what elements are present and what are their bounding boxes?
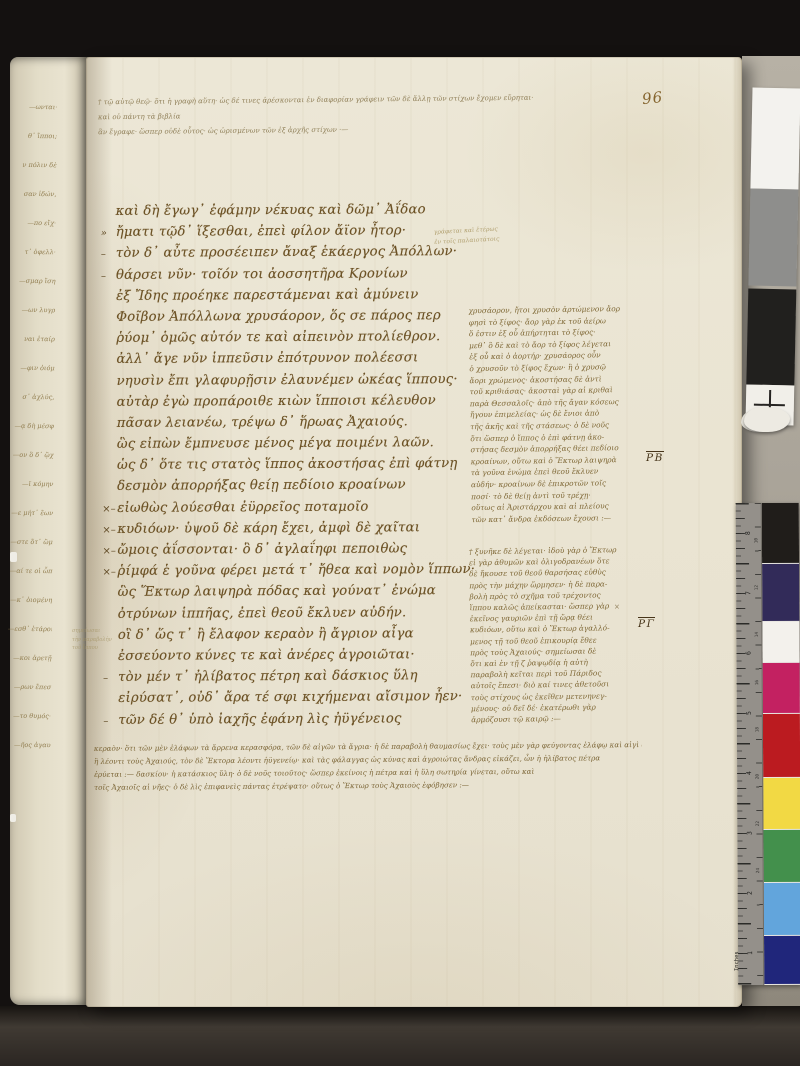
- verse-line: αὐτὰρ ἐγὼ προπάροιθε κιὼν ἵπποισι κέλευθ…: [102, 393, 462, 416]
- verse-line: δεσμὸν ἀπορρήξας θείῃ πεδίοιο κροαίνων: [102, 477, 462, 500]
- facing-line-fragment: —ε μήτ᾽ ἔων: [9, 499, 53, 528]
- verse-text: ἤματι τῷδ᾽ ἵξεσθαι, ἐπεὶ φίλον ἄϊον ἦτορ…: [116, 224, 406, 241]
- ruler-number: 5: [719, 707, 779, 719]
- grayscale-calibration-target: [745, 88, 800, 426]
- ruler-cm-number: 20: [735, 772, 782, 780]
- ruler-number: 3: [719, 827, 779, 839]
- facing-line-fragment: —ων λυγρ: [11, 296, 55, 325]
- verse-line: ὡς δ᾽ ὅτε τις στατὸς ἵππος ἀκοστήσας ἐπὶ…: [102, 456, 462, 479]
- facing-line-fragment: —ᾳ δὴ μέσφ: [10, 412, 54, 441]
- ruler: 87654321 1012141618202224 Inches: [736, 503, 765, 985]
- bottom-scholia-block: κεραὸν· ὅτι τῶν μὲν ἐλάφων τὰ ἄρρενα κερ…: [94, 738, 642, 794]
- verse-text: ἐσσεύοντο κύνες τε καὶ ἀνέρες ἀγροιῶται·: [118, 647, 415, 664]
- verse-line: ἐσσεύοντο κύνες τε καὶ ἀνέρες ἀγροιῶται·: [103, 647, 463, 670]
- verse-text: ἀλλ᾽ ἄγε νῦν ἱππεῦσιν ἐπότρυνον πολέεσσι: [116, 351, 418, 368]
- ruler-cm-number: 12: [734, 584, 781, 592]
- verse-line: Φοῖβον Ἀπόλλωνα χρυσάορον, ὅς σε πάρος π…: [101, 308, 461, 331]
- top-note-line: ἂν ἔγραφε· ὥσπερ οὐδὲ οὗτος· ὡς ὡρισμένω…: [98, 121, 536, 141]
- folio-number: 96: [641, 88, 664, 108]
- color-patch-darkblue: [764, 936, 800, 984]
- verse-text: κυδιόων· ὑψοῦ δὲ κάρη ἔχει, ἀμφὶ δὲ χαῖτ…: [117, 520, 420, 537]
- verse-text: νηυσὶν ἔπι γλαφυρῇσιν ἐλαυνέμεν ὠκέας ἵπ…: [117, 372, 458, 389]
- verse-text: ἐξ Ἴδης προέηκε παρεστάμεναι καὶ ἀμύνειν: [116, 287, 418, 304]
- verse-text: καὶ δὴ ἔγωγ᾽ ἐφάμην νέκυας καὶ δῶμ᾽ Ἀΐδα…: [116, 202, 426, 219]
- critical-sign: ×–: [103, 567, 118, 578]
- facing-line-fragment: —το θυμός·: [7, 702, 51, 731]
- verse-line: εἰρύσατ᾽, οὐδ᾽ ἄρα τέ σφι κιχήμεναι αἴσι…: [103, 689, 463, 712]
- critical-sign: –: [101, 270, 116, 281]
- verse-text: ὡς δ᾽ ὅτε τις στατὸς ἵππος ἀκοστήσας ἐπὶ…: [117, 456, 458, 473]
- facing-line-fragment: σ᾽ ἀχλύς,: [10, 383, 54, 412]
- verse-line: – τῶν δέ θ᾽ ὑπὸ ἰαχῆς ἐφάνη λὶς ἠϋγένειο…: [103, 711, 463, 734]
- verse-text: ῥίμφά ἑ γοῦνα φέρει μετά τ᾽ ἤθεα καὶ νομ…: [118, 562, 476, 579]
- verse-text: ὀτρύνων ἱππῆας, ἐπεὶ θεοῦ ἔκλυεν αὐδήν.: [118, 605, 407, 622]
- manuscript-photograph: —ωνται·θ᾽ ἵπποι;ν πόλιν δὲσαν ἰδών,—πο ε…: [0, 0, 800, 1066]
- verse-line: ὣς Ἕκτωρ λαιψηρὰ πόδας καὶ γούνατ᾽ ἐνώμα: [103, 583, 463, 606]
- verse-line: ×– εἰωθὼς λούεσθαι ἐϋρρεῖος ποταμοῖο: [102, 499, 462, 522]
- facing-line-fragment: θ᾽ ἵπποι;: [13, 122, 57, 151]
- critical-sign: –: [103, 673, 118, 684]
- scholion-line: ἁρμόζουσι τῷ καιρῷ :—: [471, 712, 655, 726]
- verse-text: τῶν δέ θ᾽ ὑπὸ ἰαχῆς ἐφάνη λὶς ἠϋγένειος: [118, 711, 401, 727]
- facing-line-fragment: —φιν ὀιόμ: [10, 354, 54, 383]
- verse-line: ×– ὤμοις ἀΐσσονται· ὃ δ᾽ ἀγλαΐηφι πεποιθ…: [102, 541, 462, 564]
- facing-line-fragment: —ρων ἔπεσ: [7, 673, 51, 702]
- verse-text: τὸν μέν τ᾽ ἠλίβατος πέτρη καὶ δάσκιος ὕλ…: [118, 668, 418, 685]
- top-note-line: † τῷ αὐτῷ θεῷ· ὅτι ἡ γραφὴ αὕτη· ὡς δέ τ…: [98, 91, 536, 126]
- verse-line: » ἤματι τῷδ᾽ ἵξεσθαι, ἐπεὶ φίλον ἄϊον ἦτ…: [101, 223, 461, 246]
- left-note-line: τὴν παραβολὴν: [72, 636, 122, 645]
- verse-line: ἀλλ᾽ ἄγε νῦν ἱππεῦσιν ἐπότρυνον πολέεσσι: [101, 350, 461, 373]
- critical-sign: »: [101, 228, 116, 239]
- left-margin-note: σημείωσαι τὴν παραβολὴν τοῦ ἵππου: [72, 627, 122, 653]
- critical-sign: ×–: [102, 525, 117, 536]
- ruler-unit-label: Inches: [734, 951, 740, 971]
- facing-line-fragment: τ᾽ ὀφελλ·: [12, 238, 56, 267]
- manuscript-page: 96 † τῷ αὐτῷ θεῷ· ὅτι ἡ γραφὴ αὕτη· ὡς δ…: [86, 57, 742, 1007]
- verse-text: τὸν δ᾽ αὖτε προσέειπεν ἄναξ ἑκάεργος Ἀπό…: [116, 244, 457, 261]
- right-scholia-block-2: † ξυνῆκε δὲ λέγεται· ἰδοὺ γὰρ ὁ Ἕκτωρεἰ …: [469, 544, 655, 726]
- verse-text: δεσμὸν ἀπορρήξας θείῃ πεδίοιο κροαίνων: [117, 478, 406, 495]
- verse-line: ἐξ Ἴδης προέηκε παρεστάμεναι καὶ ἀμύνειν: [101, 287, 461, 310]
- margin-cross-mark: ×: [614, 603, 620, 611]
- facing-line-fragment: —σμαρ ἴση: [11, 267, 55, 296]
- scholion-line: τῶν κατ᾽ ἄνδρα ἐκδόσεων ἔχουσι :—: [471, 511, 649, 525]
- color-patch-column: [762, 503, 800, 985]
- ruler-cm-number: 16: [734, 678, 781, 686]
- color-calibration-bar: 87654321 1012141618202224 Inches: [736, 503, 800, 985]
- facing-line-fragment: ν πόλιν δὲ: [13, 151, 57, 180]
- left-note-line: τοῦ ἵππου: [72, 644, 122, 653]
- verse-text: ὣς Ἕκτωρ λαιψηρὰ πόδας καὶ γούνατ᾽ ἐνώμα: [118, 584, 436, 601]
- cradle-surface-bottom: [0, 1006, 800, 1066]
- bookmark-tab: [10, 552, 17, 562]
- gray-patch-black: [746, 288, 796, 385]
- main-text-block: καὶ δὴ ἔγωγ᾽ ἐφάμην νέκυας καὶ δῶμ᾽ Ἀΐδα…: [101, 202, 464, 734]
- facing-line-fragment: —εσθ᾽ ἑτάροι: [8, 615, 52, 644]
- verse-text: ὣς εἰπὼν ἔμπνευσε μένος μέγα ποιμένι λαῶ…: [117, 435, 434, 452]
- verse-line: καὶ δὴ ἔγωγ᾽ ἐφάμην νέκυας καὶ δῶμ᾽ Ἀΐδα…: [101, 202, 461, 225]
- ruler-number: 1: [720, 947, 780, 959]
- facing-line-fragment: —ωνται·: [13, 93, 57, 122]
- facing-line-fragment: —ον ὃ δ᾽ ᾤχ: [10, 441, 54, 470]
- color-patch-magenta: [763, 663, 800, 713]
- verse-text: Φοῖβον Ἀπόλλωνα χρυσάορον, ὅς σε πάρος π…: [116, 308, 441, 325]
- verse-text: εἰωθὼς λούεσθαι ἐϋρρεῖος ποταμοῖο: [117, 499, 368, 515]
- ruler-number: 6: [718, 647, 778, 659]
- verse-line: ×– ῥίμφά ἑ γοῦνα φέρει μετά τ᾽ ἤθεα καὶ …: [103, 562, 463, 585]
- facing-page-line-endings: —ωνται·θ᾽ ἵπποι;ν πόλιν δὲσαν ἰδών,—πο ε…: [7, 93, 58, 760]
- facing-line-fragment: —κ᾽ ὀιομένη: [8, 586, 52, 615]
- ruler-cm-number: 14: [734, 631, 781, 639]
- verse-line: – τὸν μέν τ᾽ ἠλίβατος πέτρη καὶ δάσκιος …: [103, 668, 463, 691]
- ruler-number: 2: [720, 887, 780, 899]
- ruler-cm-number: 22: [735, 820, 782, 828]
- ruler-cm-number: 10: [733, 537, 780, 545]
- critical-sign: –: [103, 715, 118, 726]
- ruler-cm-number: 18: [734, 725, 781, 733]
- verse-line: οἳ δ᾽ ὥς τ᾽ ἢ ἔλαφον κεραὸν ἢ ἄγριον αἶγ…: [103, 626, 463, 649]
- verse-line: ×– κυδιόων· ὑψοῦ δὲ κάρη ἔχει, ἀμφὶ δὲ χ…: [102, 520, 462, 543]
- facing-line-fragment: —ϊ κόμην: [9, 470, 53, 499]
- scholion-line: τοῖς Ἀχαιοῖς αἱ νῆες· ὁ δὲ λὶς ἐπιφανεὶς…: [94, 777, 642, 794]
- critical-sign: –: [101, 249, 116, 260]
- verse-text: οἳ δ᾽ ὥς τ᾽ ἢ ἔλαφον κεραὸν ἢ ἄγριον αἶγ…: [118, 626, 414, 643]
- verse-line: ὀτρύνων ἱππῆας, ἐπεὶ θεοῦ ἔκλυεν αὐδήν.: [103, 605, 463, 628]
- critical-sign: ×–: [102, 503, 117, 514]
- right-scholia-block-1: χρυσάορον, ἤτοι χρυσὸν ἀρτώμενον ἄορφησὶ…: [468, 303, 649, 526]
- ruler-cm-number: 24: [735, 867, 782, 875]
- verse-text: ὤμοις ἀΐσσονται· ὃ δ᾽ ἀγλαΐηφι πεποιθὼς: [117, 541, 407, 558]
- facing-line-fragment: σαν ἰδών,: [12, 180, 56, 209]
- verse-text: εἰρύσατ᾽, οὐδ᾽ ἄρα τέ σφι κιχήμεναι αἴσι…: [118, 689, 462, 706]
- verse-line: – θάρσει νῦν· τοῖόν τοι ἀοσσητῆρα Κρονίω…: [101, 266, 461, 289]
- verse-line: ῥύομ᾽ ὁμῶς αὐτόν τε καὶ αἰπεινὸν πτολίεθ…: [101, 329, 461, 352]
- facing-line-fragment: ναι ἑταίρ: [11, 325, 55, 354]
- adhesive-putty: [744, 407, 790, 432]
- bookmark-tab: [10, 814, 16, 822]
- verse-text: πᾶσαν λειανέω, τρέψω δ᾽ ἥρωας Ἀχαιούς.: [117, 414, 408, 431]
- critical-sign: ×–: [102, 546, 117, 557]
- verse-line: ὣς εἰπὼν ἔμπνευσε μένος μέγα ποιμένι λαῶ…: [102, 435, 462, 458]
- verse-line: νηυσὶν ἔπι γλαφυρῇσιν ἐλαυνέμεν ὠκέας ἵπ…: [102, 372, 462, 395]
- gray-patch-white: [750, 88, 800, 190]
- verse-text: ῥύομ᾽ ὁμῶς αὐτόν τε καὶ αἰπεινὸν πτολίεθ…: [116, 329, 440, 346]
- top-marginal-note: † τῷ αὐτῷ θεῷ· ὅτι ἡ γραφὴ αὕτη· ὡς δέ τ…: [98, 91, 536, 141]
- left-note-line: σημείωσαι: [72, 627, 122, 636]
- quire-number-102: ΡΒ: [646, 451, 664, 464]
- verse-line: – τὸν δ᾽ αὖτε προσέειπεν ἄναξ ἑκάεργος Ἀ…: [101, 244, 461, 267]
- gray-patch-mid: [748, 189, 798, 287]
- verse-text: θάρσει νῦν· τοῖόν τοι ἀοσσητῆρα Κρονίων: [116, 266, 408, 283]
- facing-line-fragment: —πο εἴχ·: [12, 209, 56, 238]
- facing-line-fragment: —κοι ἀρετῇ: [7, 644, 51, 673]
- verse-text: αὐτὰρ ἐγὼ προπάροιθε κιὼν ἵπποισι κέλευθ…: [117, 393, 436, 410]
- scholion-line: χρυσάορον, ἤτοι χρυσὸν ἀρτώμενον ἄορ: [468, 303, 646, 317]
- facing-line-fragment: —ῆος ἀγαυ: [7, 731, 51, 760]
- verse-line: πᾶσαν λειανέω, τρέψω δ᾽ ἥρωας Ἀχαιούς.: [102, 414, 462, 437]
- ruler-cm-numbers: 1012141618202224: [753, 517, 763, 895]
- quire-number-103: ΡΓ: [638, 617, 655, 630]
- facing-page-edge: —ωνται·θ᾽ ἵπποι;ν πόλιν δὲσαν ἰδών,—πο ε…: [10, 57, 88, 1005]
